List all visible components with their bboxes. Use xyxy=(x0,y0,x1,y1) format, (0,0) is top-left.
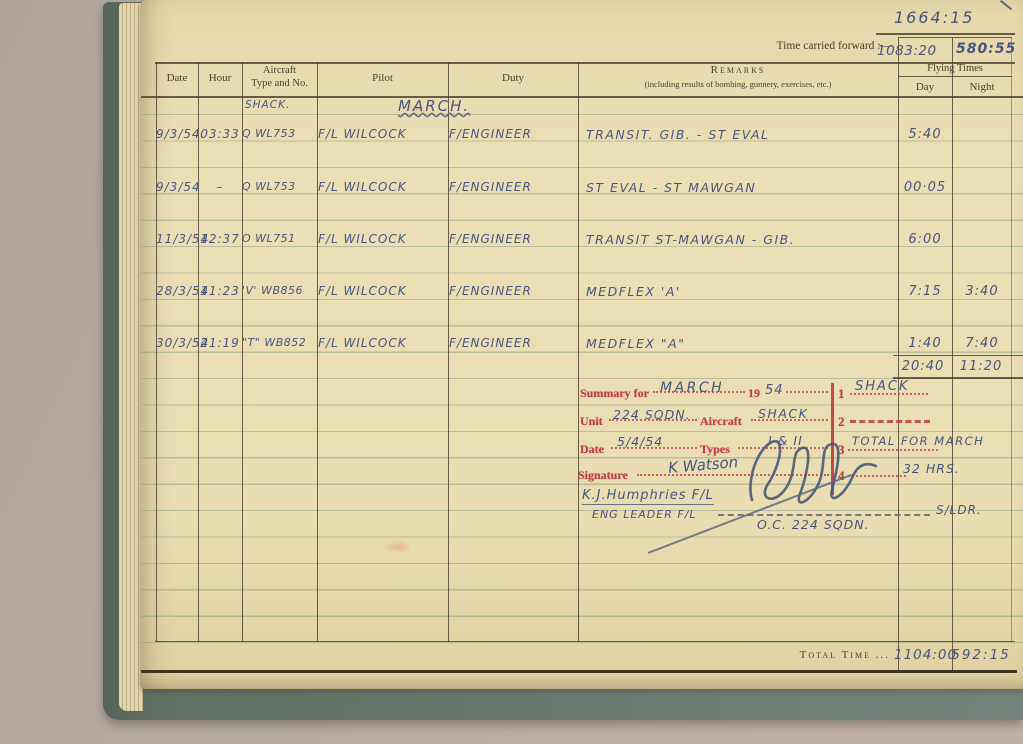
stamp-year-prefix: 19 xyxy=(748,386,760,401)
log-row-5: 30/3/54 21:19 "T" WB852 F/L WILCOCK F/EN… xyxy=(0,336,1023,362)
grand-total-day: 1104:00 xyxy=(894,647,950,663)
page-footer-line xyxy=(141,670,1017,673)
entry-remarks: ST EVAL - ST MAWGAN xyxy=(586,180,898,195)
entry-aircraft: 'V' WB856 xyxy=(242,284,317,297)
carried-box-top-line xyxy=(898,37,1012,38)
entry-pilot: F/L WILCOCK xyxy=(318,232,447,246)
ink-smudge xyxy=(383,540,413,554)
stamp-date-value: 5/4/54 xyxy=(617,434,663,449)
stamp-year-value: 54 xyxy=(765,383,784,398)
col-header-date: Date xyxy=(156,72,198,84)
col-header-remarks: Remarks xyxy=(578,64,898,76)
month-total-bottom-line xyxy=(893,377,1023,379)
log-row-2: 9/3/54 – Q WL753 F/L WILCOCK F/ENGINEER … xyxy=(0,180,1023,206)
header-bottom-line xyxy=(141,96,1023,98)
table-bottom-line xyxy=(155,641,1015,642)
stamp-date-label: Date xyxy=(580,442,604,457)
entry-hour: 03:33 xyxy=(199,127,241,141)
aircraft-type-note: SHACK. xyxy=(245,99,290,111)
total-time-label: Total Time ... xyxy=(735,649,890,661)
carried-forward-night-value: 580:55 xyxy=(956,41,1016,57)
stamp-row1-number: 1 xyxy=(838,386,845,402)
log-row-1: 9/3/54 03:33 Q WL753 F/L WILCOCK F/ENGIN… xyxy=(0,127,1023,153)
stamp-dotted-leader xyxy=(786,379,828,393)
entry-day-hours: 1:40 xyxy=(899,336,951,351)
col-header-aircraft-1: Aircraft xyxy=(242,65,317,76)
log-row-3: 11/3/54 12:37 O WL751 F/L WILCOCK F/ENGI… xyxy=(0,232,1023,258)
stamp-row4-value: 32 HRS. xyxy=(903,461,960,476)
flying-times-underline xyxy=(898,76,1012,77)
entry-night-hours: 3:40 xyxy=(953,284,1011,299)
entry-aircraft: Q WL753 xyxy=(242,127,317,140)
entry-remarks: MEDFLEX "A" xyxy=(586,336,898,351)
entry-duty: F/ENGINEER xyxy=(449,232,577,246)
stamp-summary-label: Summary for xyxy=(580,386,649,401)
entry-duty: F/ENGINEER xyxy=(449,180,577,194)
oc-rank: S/LDR. xyxy=(936,503,982,517)
stamp-aircraft-value: SHACK xyxy=(758,406,808,421)
month-total-day: 20:40 xyxy=(895,359,951,374)
entry-aircraft: Q WL753 xyxy=(242,180,317,193)
entry-day-hours: 5:40 xyxy=(899,127,951,142)
entry-pilot: F/L WILCOCK xyxy=(318,284,447,298)
col-header-hour: Hour xyxy=(198,72,242,84)
stamp-row1-value: SHACK xyxy=(855,379,910,394)
entry-duty: F/ENGINEER xyxy=(449,336,577,350)
col-header-pilot: Pilot xyxy=(317,72,448,84)
entry-duty: F/ENGINEER xyxy=(449,284,577,298)
stamp-summary-month-value: MARCH xyxy=(660,380,724,396)
entry-duty: F/ENGINEER xyxy=(449,127,577,141)
entry-aircraft: "T" WB852 xyxy=(242,336,317,349)
entry-hour: 12:37 xyxy=(199,232,241,246)
oc-signature-scribble xyxy=(728,422,888,522)
month-total-night: 11:20 xyxy=(951,359,1011,374)
col-header-night: Night xyxy=(952,81,1012,93)
grand-total-night: 592:15 xyxy=(950,647,1012,663)
stamp-unit-label: Unit xyxy=(580,414,603,429)
entry-date: 9/3/54 xyxy=(156,180,198,194)
col-header-duty: Duty xyxy=(448,72,578,84)
col-header-aircraft-2: Type and No. xyxy=(242,78,317,89)
grand-total-carried-value: 1664:15 xyxy=(894,8,974,27)
entry-day-hours: 6:00 xyxy=(899,232,951,247)
col-header-remarks-sub: (including results of bombing, gunnery, … xyxy=(578,79,898,89)
entry-date: 11/3/54 xyxy=(156,232,198,246)
entry-hour: 11:23 xyxy=(199,284,241,298)
engineer-leader-signature: K.J.Humphries F/L xyxy=(582,488,714,505)
entry-date: 28/3/54 xyxy=(156,284,198,298)
grand-total-underline xyxy=(876,33,1015,35)
entry-date: 30/3/54 xyxy=(156,336,198,350)
logbook-scan: 1664:15 Time carried forward :— 1083:20 … xyxy=(0,0,1023,744)
entry-day-hours: 00·05 xyxy=(899,180,951,195)
entry-hour: – xyxy=(199,180,241,194)
entry-night-hours: 7:40 xyxy=(953,336,1011,351)
entry-pilot: F/L WILCOCK xyxy=(318,336,447,350)
engineer-leader-title: ENG LEADER F/L xyxy=(592,508,697,521)
stamp-signature-label: Signature xyxy=(578,468,628,483)
entry-aircraft: O WL751 xyxy=(242,232,317,245)
carried-forward-label: Time carried forward :— xyxy=(700,40,892,52)
entry-pilot: F/L WILCOCK xyxy=(318,180,447,194)
entry-remarks: MEDFLEX 'A' xyxy=(586,284,898,299)
entry-hour: 21:19 xyxy=(199,336,241,350)
carried-forward-day-value: 1083:20 xyxy=(877,43,937,59)
entry-remarks: TRANSIT ST-MAWGAN - GIB. xyxy=(586,232,898,247)
ink-smudge xyxy=(404,104,426,114)
entry-date: 9/3/54 xyxy=(156,127,198,141)
col-header-flying-times: Flying Times xyxy=(898,63,1012,74)
col-header-day: Day xyxy=(898,81,952,93)
entry-day-hours: 7:15 xyxy=(899,284,951,299)
oc-squadron-title: O.C. 224 SQDN. xyxy=(757,517,870,532)
stamp-unit-value: 224 SQDN. xyxy=(613,407,691,422)
log-row-4: 28/3/54 11:23 'V' WB856 F/L WILCOCK F/EN… xyxy=(0,284,1023,310)
entry-remarks: TRANSIT. GIB. - ST EVAL xyxy=(586,127,898,142)
entry-pilot: F/L WILCOCK xyxy=(318,127,447,141)
